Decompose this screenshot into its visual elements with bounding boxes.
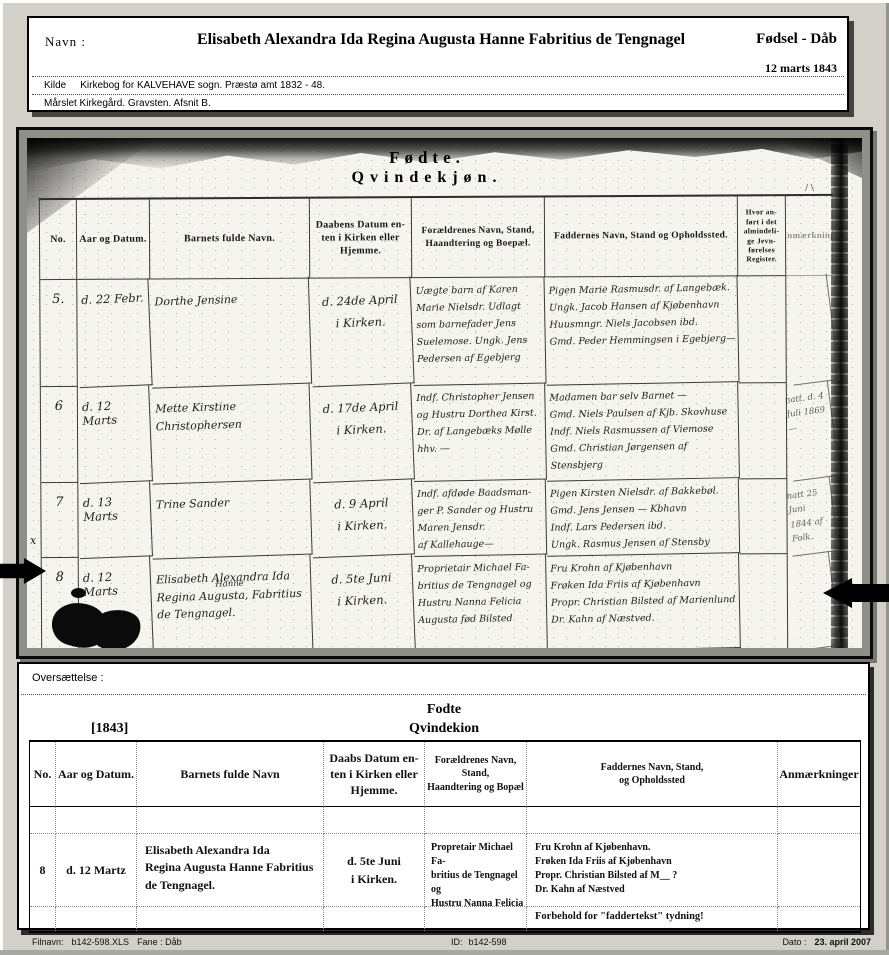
scan-corner-mark: / \ (805, 182, 814, 194)
trans-row8-no: 8 (30, 834, 56, 907)
trans-row8-name: Elisabeth Alexandra Ida Regina Augusta H… (137, 834, 324, 907)
footer-filename: Filnavn:b142-598.XLSFane : Dåb (32, 937, 190, 947)
scan-row5-baptism: d. 24de April i Kirken. (308, 276, 414, 387)
scan-row7-date: d. 13 Marts (77, 481, 153, 559)
translation-box: Oversættelse : Fodte [1843] Qvindekion N… (17, 662, 870, 930)
filnavn-value: b142-598.XLS (72, 937, 130, 947)
scan-row5-register (738, 276, 787, 383)
scan-row8-remarks (782, 551, 841, 648)
translation-label: Oversættelse : (32, 672, 104, 684)
scan-row6-remarks: natt. d. 4 Juli 1869 — (781, 380, 840, 481)
genealogy-record-page: Navn : Elisabeth Alexandra Ida Regina Au… (0, 0, 889, 955)
scan-title-line1: Fødte. (27, 147, 827, 168)
ink-blot (71, 588, 86, 598)
scan-row5-remarks (780, 273, 840, 385)
faddertekst-note: Forbehold for "faddertekst" tydning! (527, 907, 778, 931)
scan-row8-parents: Proprietair Michael Fa- britius de Tengn… (413, 555, 548, 648)
scan-register-table: No. Aar og Datum. Barnets fulde Navn. Da… (39, 194, 835, 648)
fane-label: Fane : Dåb (137, 937, 182, 947)
footer-id: ID:b142-598 (451, 937, 513, 947)
event-date: 12 marts 1843 (765, 61, 837, 76)
scan-row6-no: 6 (41, 387, 79, 483)
source-row: KildeKirkebog for KALVEHAVE sogn. Præstø… (44, 80, 325, 91)
trans-col-no: No. (30, 742, 56, 807)
trans-col-parents: Forældrenes Navn, Stand, Haandtering og … (425, 742, 527, 807)
id-value: b142-598 (469, 937, 507, 947)
trans-row8-godparents: Fru Krohn af Kjøbenhavn. Frøken Ida Frii… (527, 834, 778, 907)
navn-label: Navn : (45, 34, 86, 50)
record-header-box: Navn : Elisabeth Alexandra Ida Regina Au… (27, 16, 849, 112)
scan-col-register: Hvor an- ført i det almindeli- ge Jevn- … (738, 196, 786, 276)
scan-row7-remarks: natt 25 Juni 1844 af Folk. (783, 476, 839, 556)
scan-col-godparents: Faddernes Navn, Stand og Opholdssted. (545, 196, 738, 277)
scan-x-mark: x (30, 534, 36, 547)
scan-row6-baptism: d. 17de April i Kirken. (309, 383, 415, 483)
scan-row6-name: Mette Kirstine Christophersen (150, 384, 313, 485)
scan-row5-no: 5. (40, 280, 78, 387)
scan-row8-name-text: Elisabeth Alexandra Ida Regina Augusta, … (156, 569, 302, 621)
person-name: Elisabeth Alexandra Ida Regina Augusta H… (117, 31, 765, 49)
header-divider (32, 94, 844, 95)
scan-row7-godparents: Pigen Kirsten Nielsdr. af Bakkebøl. Gmd.… (546, 478, 740, 557)
trans-col-baptism: Daabs Datum en- ten i Kirken eller Hjemm… (324, 742, 425, 807)
file-footer: Filnavn:b142-598.XLSFane : Dåb ID:b142-5… (0, 937, 889, 951)
trans-col-name: Barnets fulde Navn (137, 742, 324, 807)
kilde-label: Kilde (44, 80, 66, 91)
kilde-text: Kirkebog for KALVEHAVE sogn. Præstø amt … (80, 80, 325, 91)
trans-row8-remarks (778, 834, 860, 907)
scan-row7-name: Trine Sander (150, 480, 312, 560)
scan-row7-register (739, 479, 787, 554)
scan-row5-name: Dorthe Jensine (149, 277, 312, 389)
scan-row8-register (740, 554, 788, 648)
translation-divider (21, 694, 866, 695)
translation-title: Fodte (29, 702, 859, 718)
trans-col-remarks: Anmærkninger (778, 742, 860, 807)
dato-value: 23. april 2007 (814, 937, 871, 947)
id-label: ID: (451, 937, 463, 947)
scan-row8-baptism: d. 5te Juni i Kirken. (310, 554, 416, 648)
scan-col-parents: Forældrenes Navn, Stand, Haandtering og … (412, 197, 545, 278)
trans-row8-parents: Propretair Michael Fa- britius de Tengna… (425, 834, 527, 907)
scan-col-name: Barnets fulde Navn. (150, 199, 310, 280)
scan-title-line2: Qvindekjøn. (27, 168, 827, 188)
scan-row6-parents: Indf. Christopher Jensen og Hustru Dorth… (412, 384, 547, 483)
dato-label: Dato : (782, 937, 806, 947)
translation-table: No. Aar og Datum. Barnets fulde Navn Daa… (29, 740, 861, 933)
footer-date: Dato :23. april 2007 (782, 937, 871, 947)
filnavn-label: Filnavn: (32, 937, 64, 947)
scan-col-date: Aar og Datum. (77, 200, 150, 280)
window-bottom-edge (0, 950, 889, 955)
scan-row6-godparents: Madamen bar selv Barnet — Gmd. Niels Pau… (545, 382, 740, 482)
scan-col-remarks: Anmærkning. (786, 196, 833, 276)
scan-col-no: No. (40, 200, 77, 280)
scan-row7-no: 7 (41, 483, 78, 558)
scan-row6-date: d. 12 Marts (76, 385, 153, 484)
event-type-label: Fødsel - Dåb (756, 31, 837, 48)
scan-row5-date: d. 22 Febr. (75, 278, 152, 388)
scan-row8-name-insert: Hanne (215, 578, 244, 592)
grave-text: Mårslet Kirkegård. Gravsten. Afsnit B. (44, 98, 211, 109)
trans-row8-date: d. 12 Martz (56, 834, 137, 907)
scan-row8-godparents: Fru Krohn af Kjøbenhavn Frøken Ida Friis… (546, 553, 741, 648)
scan-row5-godparents: Pigen Marie Rasmusdr. af Langebæk. Ungk.… (545, 275, 740, 386)
header-divider (32, 76, 844, 77)
scan-row8-name: Elisabeth Alexandra Ida Regina Augusta, … (150, 555, 313, 648)
trans-col-godparents: Faddernes Navn, Stand, og Opholdssted (527, 742, 778, 807)
scan-row6-register (739, 383, 788, 479)
translation-subtitle: Qvindekion (29, 721, 859, 737)
scan-row5-parents: Uægte barn af Karen Marie Nielsdr. Udlag… (412, 277, 547, 387)
trans-row8-baptism: d. 5te Juni i Kirken. (324, 834, 425, 907)
church-record-scan-frame: Fødte. Qvindekjøn. / \ x No. Aar og Datu… (16, 127, 873, 659)
scan-page-title: Fødte. Qvindekjøn. (27, 147, 827, 188)
scan-col-baptism: Daabens Datum en- ten i Kirken eller Hje… (310, 198, 412, 279)
scan-row7-parents: Indf. afdøde Baadsman- ger P. Sander og … (413, 480, 547, 558)
scan-row7-baptism: d. 9 April i Kirken. (310, 479, 415, 558)
trans-col-date: Aar og Datum. (56, 742, 137, 807)
scanned-page: Fødte. Qvindekjøn. / \ x No. Aar og Datu… (27, 138, 862, 648)
